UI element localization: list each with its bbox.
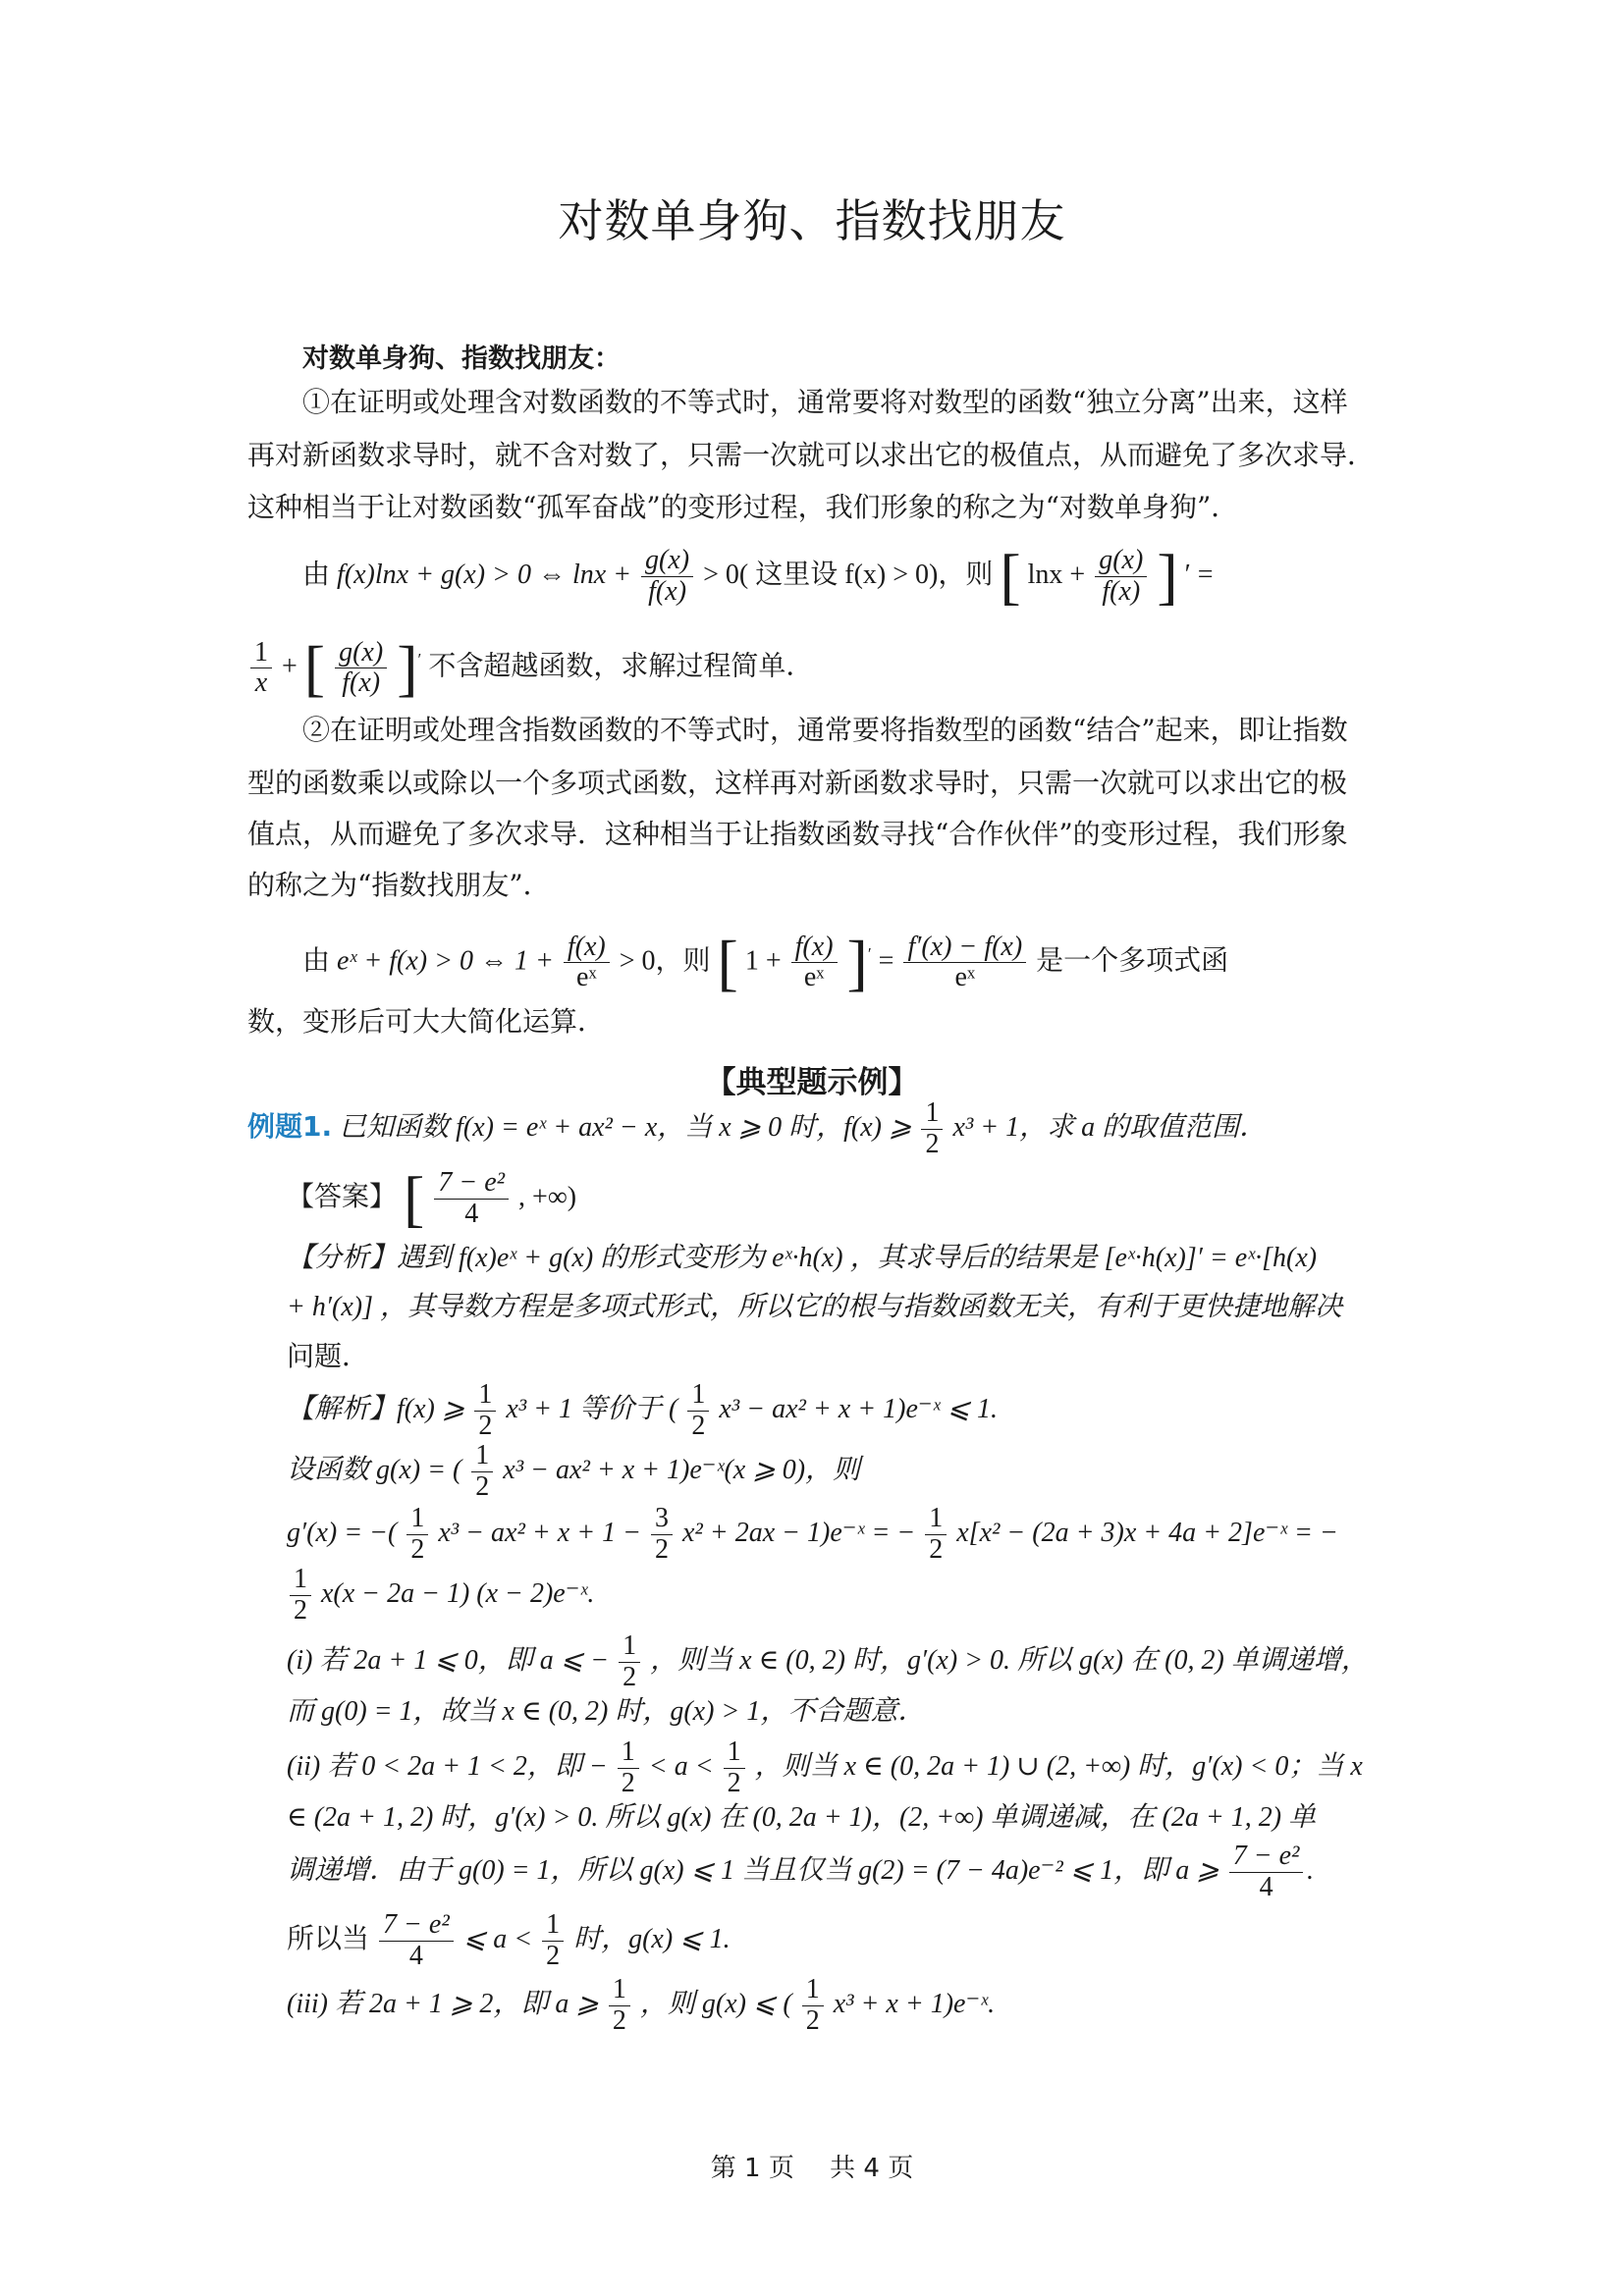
g-over-f-fraction: g(x) f(x) bbox=[335, 638, 387, 700]
formula2-mid: > 0，则 bbox=[620, 945, 711, 976]
solution-text: x³ + 1 等价于 ( bbox=[506, 1394, 677, 1424]
fraction-numerator: 1 bbox=[406, 1504, 428, 1535]
page-footer: 第 1 页 共 4 页 bbox=[0, 2148, 1624, 2184]
solution-text: x² + 2ax − 1)e⁻ˣ = − bbox=[682, 1518, 915, 1548]
para2-line2: 型的函数乘以或除以一个多项式函数，这样再对新函数求导时，只需一次就可以求出它的极 bbox=[247, 764, 1347, 803]
case-text: 调递增．由于 g(0) = 1，所以 g(x) ⩽ 1 当且仅当 g(2) = … bbox=[287, 1855, 1219, 1886]
problem-text: 已知函数 f(x) = eˣ + ax² − x，当 x ⩾ 0 时，f(x) … bbox=[339, 1112, 911, 1143]
case-text: ，则当 x ∈ (0, 2a + 1) ∪ (2, +∞) 时，g′(x) < … bbox=[755, 1751, 1363, 1782]
page-number: 第 1 页 bbox=[711, 2154, 794, 2183]
formula1-bracket-inner: lnx + bbox=[1028, 560, 1086, 590]
fraction-denominator: 2 bbox=[651, 1535, 673, 1566]
intro-heading: 对数单身狗、指数找朋友： bbox=[302, 340, 621, 379]
fraction-denominator: 2 bbox=[925, 1535, 947, 1566]
fraction-numerator: 1 bbox=[802, 1975, 824, 2006]
case-text: (ii) 若 0 < 2a + 1 < 2，即 − bbox=[287, 1751, 608, 1782]
fraction-denominator: 2 bbox=[921, 1130, 943, 1160]
half-fraction: 1 2 bbox=[921, 1098, 943, 1160]
formula2-rhs-fraction: f′(x) − f(x) eˣ bbox=[903, 933, 1026, 994]
fraction-denominator: 2 bbox=[471, 1472, 493, 1503]
seven-minus-e2-over-4-fraction: 7 − e²4 bbox=[1229, 1842, 1304, 1903]
fraction-numerator: 1 bbox=[619, 1631, 640, 1663]
left-bracket: [ bbox=[718, 928, 738, 997]
solution-text: x³ − ax² + x + 1)e⁻ˣ ⩽ 1. bbox=[719, 1394, 998, 1424]
fraction-numerator: 1 bbox=[609, 1975, 630, 2006]
problem-text-tail: x³ + 1，求 a 的取值范围． bbox=[952, 1112, 1267, 1143]
half-fraction: 12 bbox=[619, 1631, 640, 1693]
fraction-numerator: g(x) bbox=[641, 546, 693, 577]
para1-line3: 这种相当于让对数函数“孤军奋战”的变形过程，我们形象的称之为“对数单身狗”． bbox=[247, 488, 1238, 527]
fraction-numerator: 7 − e² bbox=[1229, 1842, 1304, 1873]
fraction-numerator: g(x) bbox=[1095, 546, 1147, 577]
fraction-numerator: 7 − e² bbox=[379, 1910, 454, 1942]
fraction-numerator: 1 bbox=[687, 1380, 709, 1412]
fraction-denominator: 2 bbox=[290, 1596, 311, 1627]
case-text: ，则 g(x) ⩽ ( bbox=[640, 1989, 792, 2019]
case-text: (iii) 若 2a + 1 ⩾ 2，即 a ⩾ bbox=[287, 1989, 599, 2019]
fraction-numerator: f(x) bbox=[791, 933, 838, 964]
fraction-numerator: 3 bbox=[651, 1504, 673, 1535]
para1-line2: 再对新函数求导时，就不含对数了，只需一次就可以求出它的极值点，从而避免了多次求导… bbox=[247, 436, 1375, 475]
solution-text: x[x² − (2a + 3)x + 4a + 2]e⁻ˣ = − bbox=[956, 1518, 1338, 1548]
case2-line4: 所以当 7 − e²4 ⩽ a < 12 时，g(x) ⩽ 1. bbox=[287, 1908, 731, 1972]
half-fraction: 12 bbox=[406, 1504, 428, 1566]
half-fraction: 12 bbox=[687, 1380, 709, 1442]
solution-line1: 【解析】f(x) ⩾ 12 x³ + 1 等价于 ( 12 x³ − ax² +… bbox=[287, 1378, 998, 1442]
case1-line1: (i) 若 2a + 1 ⩽ 0，即 a ⩽ − 12 ，则当 x ∈ (0, … bbox=[287, 1629, 1369, 1693]
fraction-denominator: 2 bbox=[724, 1769, 745, 1799]
fraction-denominator: x bbox=[250, 668, 272, 699]
case2-line3: 调递增．由于 g(0) = 1，所以 g(x) ⩽ 1 当且仅当 g(2) = … bbox=[287, 1840, 1313, 1903]
three-halves-fraction: 32 bbox=[651, 1504, 673, 1566]
formula2-bracket-fraction: f(x) eˣ bbox=[791, 933, 838, 994]
page-total: 共 4 页 bbox=[830, 2154, 913, 2183]
fraction-denominator: 2 bbox=[687, 1412, 709, 1442]
right-bracket: ] bbox=[1157, 542, 1177, 612]
left-bracket: [ bbox=[1000, 542, 1020, 612]
fraction-numerator: f′(x) − f(x) bbox=[903, 933, 1026, 964]
half-fraction: 12 bbox=[290, 1565, 311, 1627]
one-over-x-fraction: 1 x bbox=[250, 638, 272, 700]
case-text: ，则当 x ∈ (0, 2) 时，g′(x) > 0. 所以 g(x) 在 (0… bbox=[650, 1645, 1369, 1676]
formula2-bracket-inner: 1 + bbox=[745, 945, 782, 976]
example1-problem: 例题1. 已知函数 f(x) = eˣ + ax² − x，当 x ⩾ 0 时，… bbox=[247, 1095, 1267, 1160]
fraction-denominator: eˣ bbox=[564, 963, 610, 993]
fraction-denominator: 2 bbox=[618, 1769, 639, 1799]
solution-text: g′(x) = −( bbox=[287, 1518, 397, 1548]
para2-line3: 值点，从而避免了多次求导．这种相当于让指数函数寻找“合作伙伴”的变形过程，我们形… bbox=[247, 815, 1348, 854]
fraction-numerator: 1 bbox=[618, 1737, 639, 1769]
formula1-fraction: g(x) f(x) bbox=[641, 546, 693, 608]
fraction-denominator: f(x) bbox=[335, 668, 387, 699]
fraction-denominator: 2 bbox=[619, 1663, 640, 1693]
fraction-denominator: 4 bbox=[379, 1942, 454, 1972]
half-fraction: 12 bbox=[471, 1441, 493, 1503]
fraction-denominator: 2 bbox=[609, 2006, 630, 2037]
analysis-line2: + h′(x)] ，其导数方程是多项式形式，所以它的根与指数函数无关，有利于更快… bbox=[287, 1288, 1342, 1327]
fraction-denominator: 4 bbox=[434, 1200, 509, 1230]
fraction-denominator: eˣ bbox=[791, 963, 838, 993]
fraction-numerator: 1 bbox=[290, 1565, 311, 1596]
fraction-denominator: eˣ bbox=[903, 963, 1026, 993]
case-text: 时，g(x) ⩽ 1. bbox=[573, 1924, 731, 1954]
analysis-line1: 【分析】遇到 f(x)eˣ + g(x) 的形式变形为 eˣ·h(x) ，其求导… bbox=[287, 1239, 1317, 1278]
formula2-suffix: 是一个多项式函 bbox=[1036, 945, 1228, 976]
answer-line: 【答案】 [ 7 − e² 4 , +∞) bbox=[287, 1164, 576, 1231]
half-fraction: 12 bbox=[618, 1737, 639, 1799]
fraction-denominator: 4 bbox=[1229, 1873, 1304, 1903]
formula1-bracket-fraction: g(x) f(x) bbox=[1095, 546, 1147, 608]
solution-line2: 设函数 g(x) = ( 12 x³ − ax² + x + 1)e⁻ˣ(x ⩾… bbox=[287, 1439, 860, 1503]
formula2-line2: 数，变形后可大大简化运算． bbox=[247, 1002, 605, 1041]
case3-line1: (iii) 若 2a + 1 ⩾ 2，即 a ⩾ 12 ，则 g(x) ⩽ ( … bbox=[287, 1973, 995, 2037]
solution-text: 【解析】f(x) ⩾ bbox=[287, 1394, 464, 1424]
formula2-fraction: f(x) eˣ bbox=[564, 933, 610, 994]
case-text: x³ + x + 1)e⁻ˣ. bbox=[834, 1989, 995, 2019]
case2-line1: (ii) 若 0 < 2a + 1 < 2，即 − 12 < a < 12 ，则… bbox=[287, 1735, 1363, 1799]
formula1-tail: ′ = bbox=[1185, 560, 1214, 590]
answer-tail: , +∞) bbox=[518, 1182, 576, 1212]
fraction-numerator: 1 bbox=[724, 1737, 745, 1769]
formula1-lhs: f(x)lnx + g(x) > 0 ⇔ lnx + bbox=[337, 560, 631, 590]
fraction-numerator: 1 bbox=[250, 638, 272, 669]
right-bracket: ] bbox=[847, 928, 868, 997]
fraction-denominator: f(x) bbox=[1095, 577, 1147, 608]
fraction-numerator: f(x) bbox=[564, 933, 610, 964]
solution-line4: 12 x(x − 2a − 1) (x − 2)e⁻ˣ. bbox=[287, 1563, 594, 1627]
half-fraction: 12 bbox=[474, 1380, 496, 1442]
solution-text: x³ − ax² + x + 1)e⁻ˣ(x ⩾ 0)，则 bbox=[503, 1455, 860, 1485]
fraction-numerator: 7 − e² bbox=[434, 1168, 509, 1200]
case-text: (i) 若 2a + 1 ⩽ 0，即 a ⩽ − bbox=[287, 1645, 609, 1676]
formula1-line2-text: 不含超越函数，求解过程简单． bbox=[428, 651, 813, 681]
fraction-denominator: 2 bbox=[802, 2006, 824, 2037]
fraction-numerator: 1 bbox=[471, 1441, 493, 1472]
example-label: 例题1. bbox=[247, 1110, 332, 1143]
answer-fraction: 7 − e² 4 bbox=[434, 1168, 509, 1230]
case-text: < a < bbox=[649, 1751, 714, 1782]
fraction-numerator: 1 bbox=[925, 1504, 947, 1535]
fraction-denominator: 2 bbox=[542, 1942, 564, 1972]
formula1-prefix: 由 bbox=[302, 560, 330, 590]
para1-line1: ①在证明或处理含对数函数的不等式时，通常要将对数型的函数“独立分离”出来，这样 bbox=[302, 383, 1348, 422]
answer-label: 【答案】 bbox=[287, 1182, 397, 1212]
fraction-numerator: g(x) bbox=[335, 638, 387, 669]
solution-text: 设函数 g(x) = ( bbox=[287, 1455, 461, 1485]
formula1-mid: > 0( 这里设 f(x) > 0)，则 bbox=[703, 560, 993, 590]
solution-line3: g′(x) = −( 12 x³ − ax² + x + 1 − 32 x² +… bbox=[287, 1502, 1338, 1566]
half-fraction: 12 bbox=[802, 1975, 824, 2037]
formula2-prefix: 由 bbox=[302, 945, 330, 976]
case-text: ⩽ a < bbox=[463, 1924, 532, 1954]
fraction-numerator: 1 bbox=[542, 1910, 564, 1942]
formula2-lhs: eˣ + f(x) > 0 ⇔ 1 + bbox=[337, 945, 554, 976]
case1-line2: 而 g(0) = 1，故当 x ∈ (0, 2) 时，g(x) > 1，不合题意… bbox=[287, 1692, 925, 1732]
right-bracket: ] bbox=[397, 633, 417, 703]
formula1-line1: 由 f(x)lnx + g(x) > 0 ⇔ lnx + g(x) f(x) >… bbox=[302, 538, 1214, 613]
fraction-denominator: 2 bbox=[406, 1535, 428, 1566]
case2-line2: ∈ (2a + 1, 2) 时，g′(x) > 0. 所以 g(x) 在 (0,… bbox=[287, 1798, 1316, 1838]
para2-line1: ②在证明或处理含指数函数的不等式时，通常要将指数型的函数“结合”起来，即让指数 bbox=[302, 711, 1348, 750]
fraction-numerator: 1 bbox=[474, 1380, 496, 1412]
fraction-numerator: 1 bbox=[921, 1098, 943, 1130]
solution-text: x³ − ax² + x + 1 − bbox=[438, 1518, 641, 1548]
half-fraction: 12 bbox=[542, 1910, 564, 1972]
analysis-line3: 问题． bbox=[287, 1337, 369, 1376]
half-fraction: 12 bbox=[724, 1737, 745, 1799]
case-text: 所以当 bbox=[287, 1924, 369, 1954]
solution-text: x(x − 2a − 1) (x − 2)e⁻ˣ. bbox=[321, 1578, 594, 1609]
page-title: 对数单身狗、指数找朋友 bbox=[0, 186, 1624, 250]
fraction-denominator: f(x) bbox=[641, 577, 693, 608]
para2-line4: 的称之为“指数找朋友”． bbox=[247, 866, 551, 905]
fraction-denominator: 2 bbox=[474, 1412, 496, 1442]
left-bracket: [ bbox=[404, 1164, 424, 1234]
left-bracket: [ bbox=[304, 633, 325, 703]
formula2-line1: 由 eˣ + f(x) > 0 ⇔ 1 + f(x) eˣ > 0，则 [ 1 … bbox=[302, 917, 1228, 998]
seven-minus-e2-over-4-fraction: 7 − e²4 bbox=[379, 1910, 454, 1972]
formula1-line2: 1 x + [ g(x) f(x) ]′ 不含超越函数，求解过程简单． bbox=[247, 622, 813, 704]
half-fraction: 12 bbox=[609, 1975, 630, 2037]
half-fraction: 12 bbox=[925, 1504, 947, 1566]
